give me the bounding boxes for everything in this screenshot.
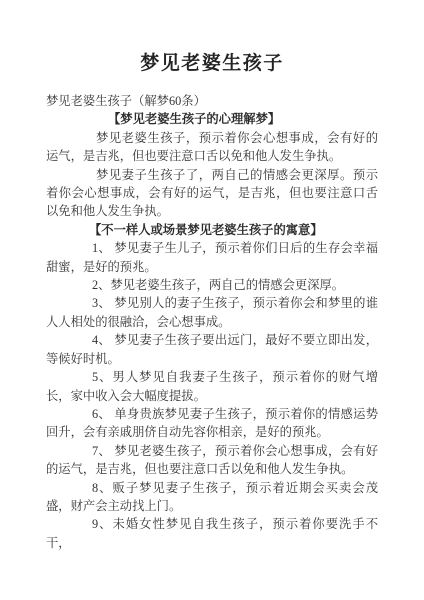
paragraph: 梦见老婆生孩子，预示着你会心想事成，会有好的运气，是吉兆，但也要注意口舌以免和他…: [46, 129, 378, 166]
paragraph: 8、贩子梦见妻子生孩子，预示着近期会买卖会茂盛，财产会主动找上门。: [46, 479, 378, 516]
document-title: 梦见老婆生孩子: [46, 50, 378, 77]
paragraph: 4、 梦见妻子生孩子要出远门，最好不要立即出发，等候好时机。: [46, 331, 378, 368]
paragraph: 梦见妻子生孩子了，两自己的情感会更深厚。预示着你会心想事成，会有好的运气，是吉兆…: [46, 166, 378, 221]
paragraph: 9、未婚女性梦见自我生孩子，预示着你要洗手不干，: [46, 515, 378, 552]
paragraph: 1、 梦见妻子生儿子，预示着你们日后的生存会幸福甜蜜，是好的预兆。: [46, 239, 378, 276]
paragraph: 3、 梦见别人的妻子生孩子，预示着你会和梦里的谁人人相处的很融洽，会心想事成。: [46, 294, 378, 331]
paragraph: 2、梦见老婆生孩子，两自己的情感会更深厚。: [46, 276, 378, 294]
paragraph: 6、 单身贵族梦见妻子生孩子，预示着你的情感运势回升，会有亲戚朋侪自动先容你相亲…: [46, 405, 378, 442]
paragraph: 5、男人梦见自我妻子生孩子，预示着你的财气增长，家中收入会大幅度提拔。: [46, 368, 378, 405]
paragraph: 7、 梦见老婆生孩子，预示着你会心想事成，会有好的运气，是吉兆，但也要注意口舌以…: [46, 442, 378, 479]
document-body: 梦见老婆生孩子（解梦60条）【梦见老婆生孩子的心理解梦】梦见老婆生孩子，预示着你…: [46, 92, 378, 552]
paragraph: 【不一样人或场景梦见老婆生孩子的寓意】: [46, 221, 378, 239]
paragraph: 梦见老婆生孩子（解梦60条）: [46, 92, 378, 110]
paragraph: 【梦见老婆生孩子的心理解梦】: [46, 110, 378, 128]
document-page: 梦见老婆生孩子 梦见老婆生孩子（解梦60条）【梦见老婆生孩子的心理解梦】梦见老婆…: [0, 0, 424, 600]
